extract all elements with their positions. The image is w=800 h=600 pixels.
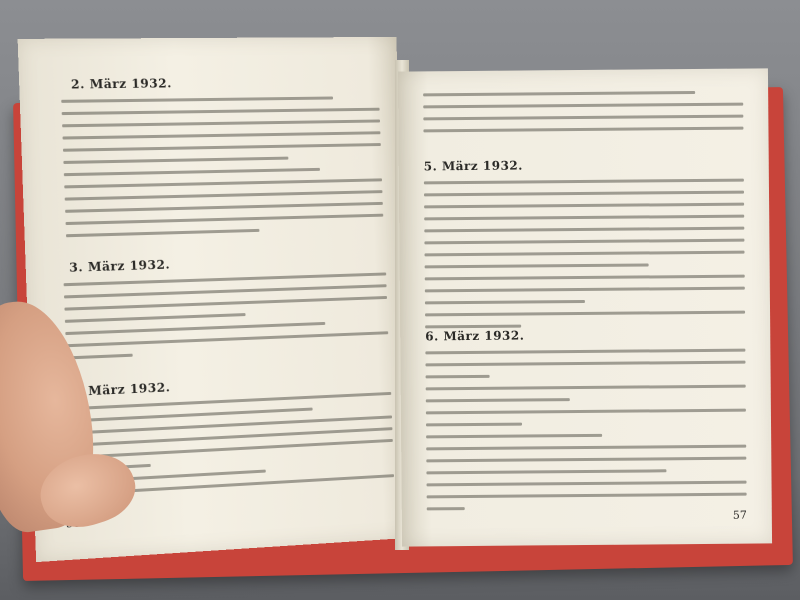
text-block (423, 91, 743, 142)
entry-heading: 3. März 1932. (69, 258, 170, 275)
right-page: 5. März 1932. 6. März 1932. 57 (398, 68, 772, 546)
entry-heading: 2. März 1932. (71, 76, 172, 91)
text-block (64, 272, 389, 368)
text-block (425, 349, 746, 520)
entry-heading: 5. März 1932. (424, 159, 523, 174)
text-block (424, 179, 745, 338)
text-block (61, 96, 384, 246)
entry-heading: 6. März 1932. (425, 329, 524, 344)
page-number-right: 57 (733, 509, 747, 522)
